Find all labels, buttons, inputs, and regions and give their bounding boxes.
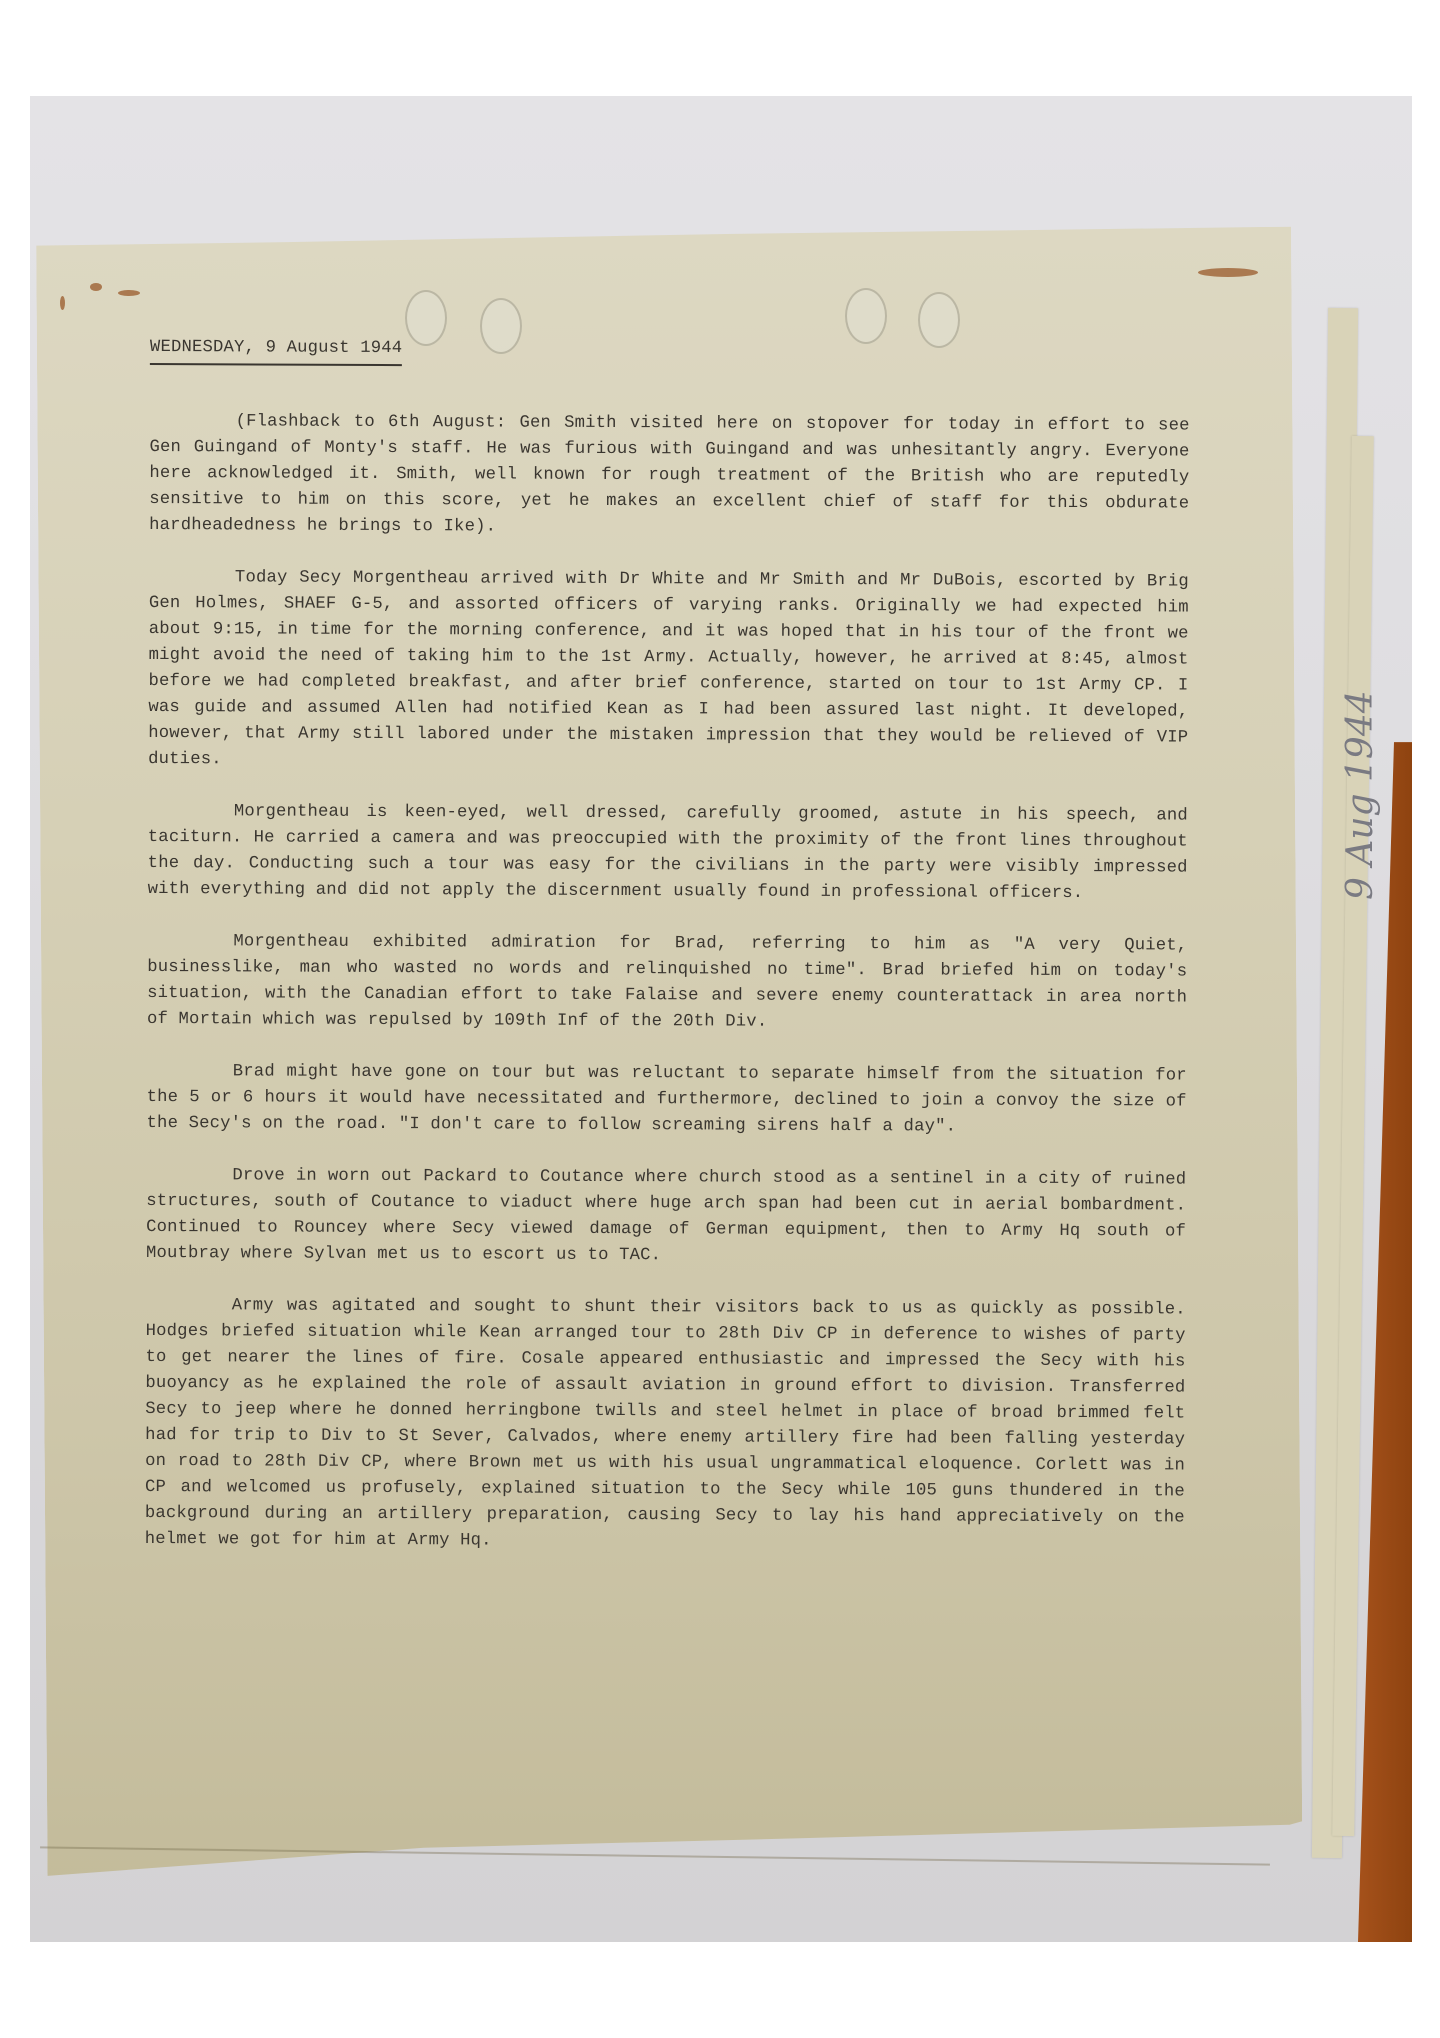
paragraph-morgentheau-description: Morgentheau is keen-eyed, well dressed, … [148,799,1188,908]
diary-date-heading: WEDNESDAY, 9 August 1944 [150,335,402,366]
paragraph-brad-declined-tour: Brad might have gone on tour but was rel… [147,1059,1187,1142]
punch-hole-icon [845,288,887,344]
paragraph-secy-arrival: Today Secy Morgentheau arrived with Dr W… [148,565,1189,778]
rust-stain [90,283,102,291]
rust-stain [60,296,65,310]
rust-stain [1198,268,1258,277]
rust-stain [118,290,140,296]
document-body: WEDNESDAY, 9 August 1944 (Flashback to 6… [145,335,1190,1584]
paragraph-flashback: (Flashback to 6th August: Gen Smith visi… [149,409,1190,544]
handwritten-margin-note: 9 Aug 1944 [1340,690,1381,900]
paragraph-admiration-for-brad: Morgentheau exhibited admiration for Bra… [147,929,1187,1038]
paragraph-drive-to-coutance: Drove in worn out Packard to Coutance wh… [146,1163,1186,1272]
paragraph-army-visit: Army was agitated and sought to shunt th… [145,1293,1186,1558]
